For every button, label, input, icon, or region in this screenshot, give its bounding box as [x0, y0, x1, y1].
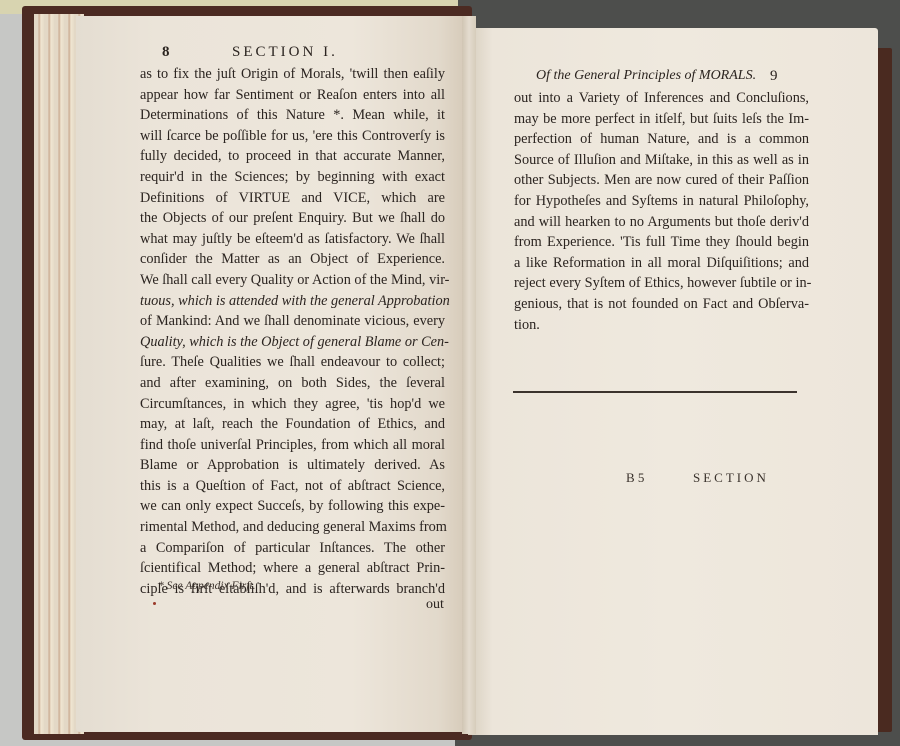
- right-catchword: SECTION: [693, 470, 769, 486]
- section-rule: [513, 391, 797, 393]
- text-line: a like Reformation in all moral Diſquiſi…: [514, 253, 809, 274]
- text-line: a Compariſon of particular Inſtances. Th…: [140, 538, 445, 559]
- text-line: Quality, which is the Object of general …: [140, 332, 445, 353]
- text-line: may, at laſt, reach the Foundation of Et…: [140, 414, 445, 435]
- text-line: Definitions of VIRTUE and VICE, which ar…: [140, 188, 445, 209]
- text-line: out into a Variety of Inferences and Con…: [514, 88, 809, 109]
- text-line: genious, that is not founded on Fact and…: [514, 294, 809, 315]
- text-line: Circumſtances, in which they agree, 'tis…: [140, 394, 445, 415]
- right-running-head: Of the General Principles of MORALS.: [536, 66, 756, 87]
- text-line: tion.: [514, 315, 809, 336]
- text-line: tuous, which is attended with the genera…: [140, 291, 445, 312]
- text-line: fully decided, to proceed in that accura…: [140, 146, 445, 167]
- text-line: requir'd in the Sciences; by beginning w…: [140, 167, 445, 188]
- text-line: will ſcarce be poſſible for us, 'ere thi…: [140, 126, 445, 147]
- text-line: ſcientifical Method; where a general abſ…: [140, 558, 445, 579]
- text-line: for Hypotheſes and Syſtems in natural Ph…: [514, 191, 809, 212]
- book-gutter: [462, 16, 476, 734]
- right-page-text: Of the General Principles of MORALS. 9 o…: [514, 66, 809, 335]
- text-line: of Mankind: And we ſhall denominate vici…: [140, 311, 445, 332]
- left-page-number: 8: [162, 42, 170, 63]
- text-line: Determinations of this Nature *. Mean wh…: [140, 105, 445, 126]
- ink-mark: [153, 602, 156, 605]
- text-line: reject every Syſtem of Ethics, however ſ…: [514, 273, 809, 294]
- text-line: appear how far Sentiment or Reaſon enter…: [140, 85, 445, 106]
- text-line: Blame or Approbation is ultimately deriv…: [140, 455, 445, 476]
- left-catchword: out: [426, 597, 444, 613]
- text-line: what may juſtly be eſteem'd as ſatisfact…: [140, 229, 445, 250]
- text-line: We ſhall call every Quality or Action of…: [140, 270, 445, 291]
- text-line: and will hearken to no Arguments but tho…: [514, 212, 809, 233]
- text-line: perfection of human Nature, and is a com…: [514, 129, 809, 150]
- text-line: from Experience. 'Tis full Time they ſho…: [514, 232, 809, 253]
- text-line: rimental Method, and deducing general Ma…: [140, 517, 445, 538]
- signature-mark: B 5: [626, 470, 644, 486]
- left-page-header: 8 SECTION I.: [140, 42, 445, 64]
- text-line: Source of Illuſion and Miſtake, in this …: [514, 150, 809, 171]
- text-line: and after examining, on both Sides, the …: [140, 373, 445, 394]
- text-line: the Objects of our preſent Enquiry. But …: [140, 208, 445, 229]
- text-line: this is a Queſtion of Fact, not of abſtr…: [140, 476, 445, 497]
- left-running-head: SECTION I.: [232, 42, 338, 63]
- right-page-header: Of the General Principles of MORALS. 9: [514, 66, 809, 88]
- right-page-number: 9: [770, 66, 778, 87]
- left-page-text: 8 SECTION I. as to fix the juſt Origin o…: [140, 42, 445, 599]
- footnote: * See Appendix Firſt.: [158, 580, 256, 592]
- text-line: other Subjects. Men are now cured of the…: [514, 170, 809, 191]
- text-line: may be more perfect in itſelf, but ſuits…: [514, 109, 809, 130]
- text-line: find thoſe univerſal Principles, from wh…: [140, 435, 445, 456]
- text-line: conſider the Matter as an Object of Expe…: [140, 249, 445, 270]
- text-line: as to fix the juſt Origin of Morals, 'tw…: [140, 64, 445, 85]
- text-line: we can only expect Succeſs, by following…: [140, 496, 445, 517]
- text-line: ſure. Theſe Qualities we ſhall endeavour…: [140, 352, 445, 373]
